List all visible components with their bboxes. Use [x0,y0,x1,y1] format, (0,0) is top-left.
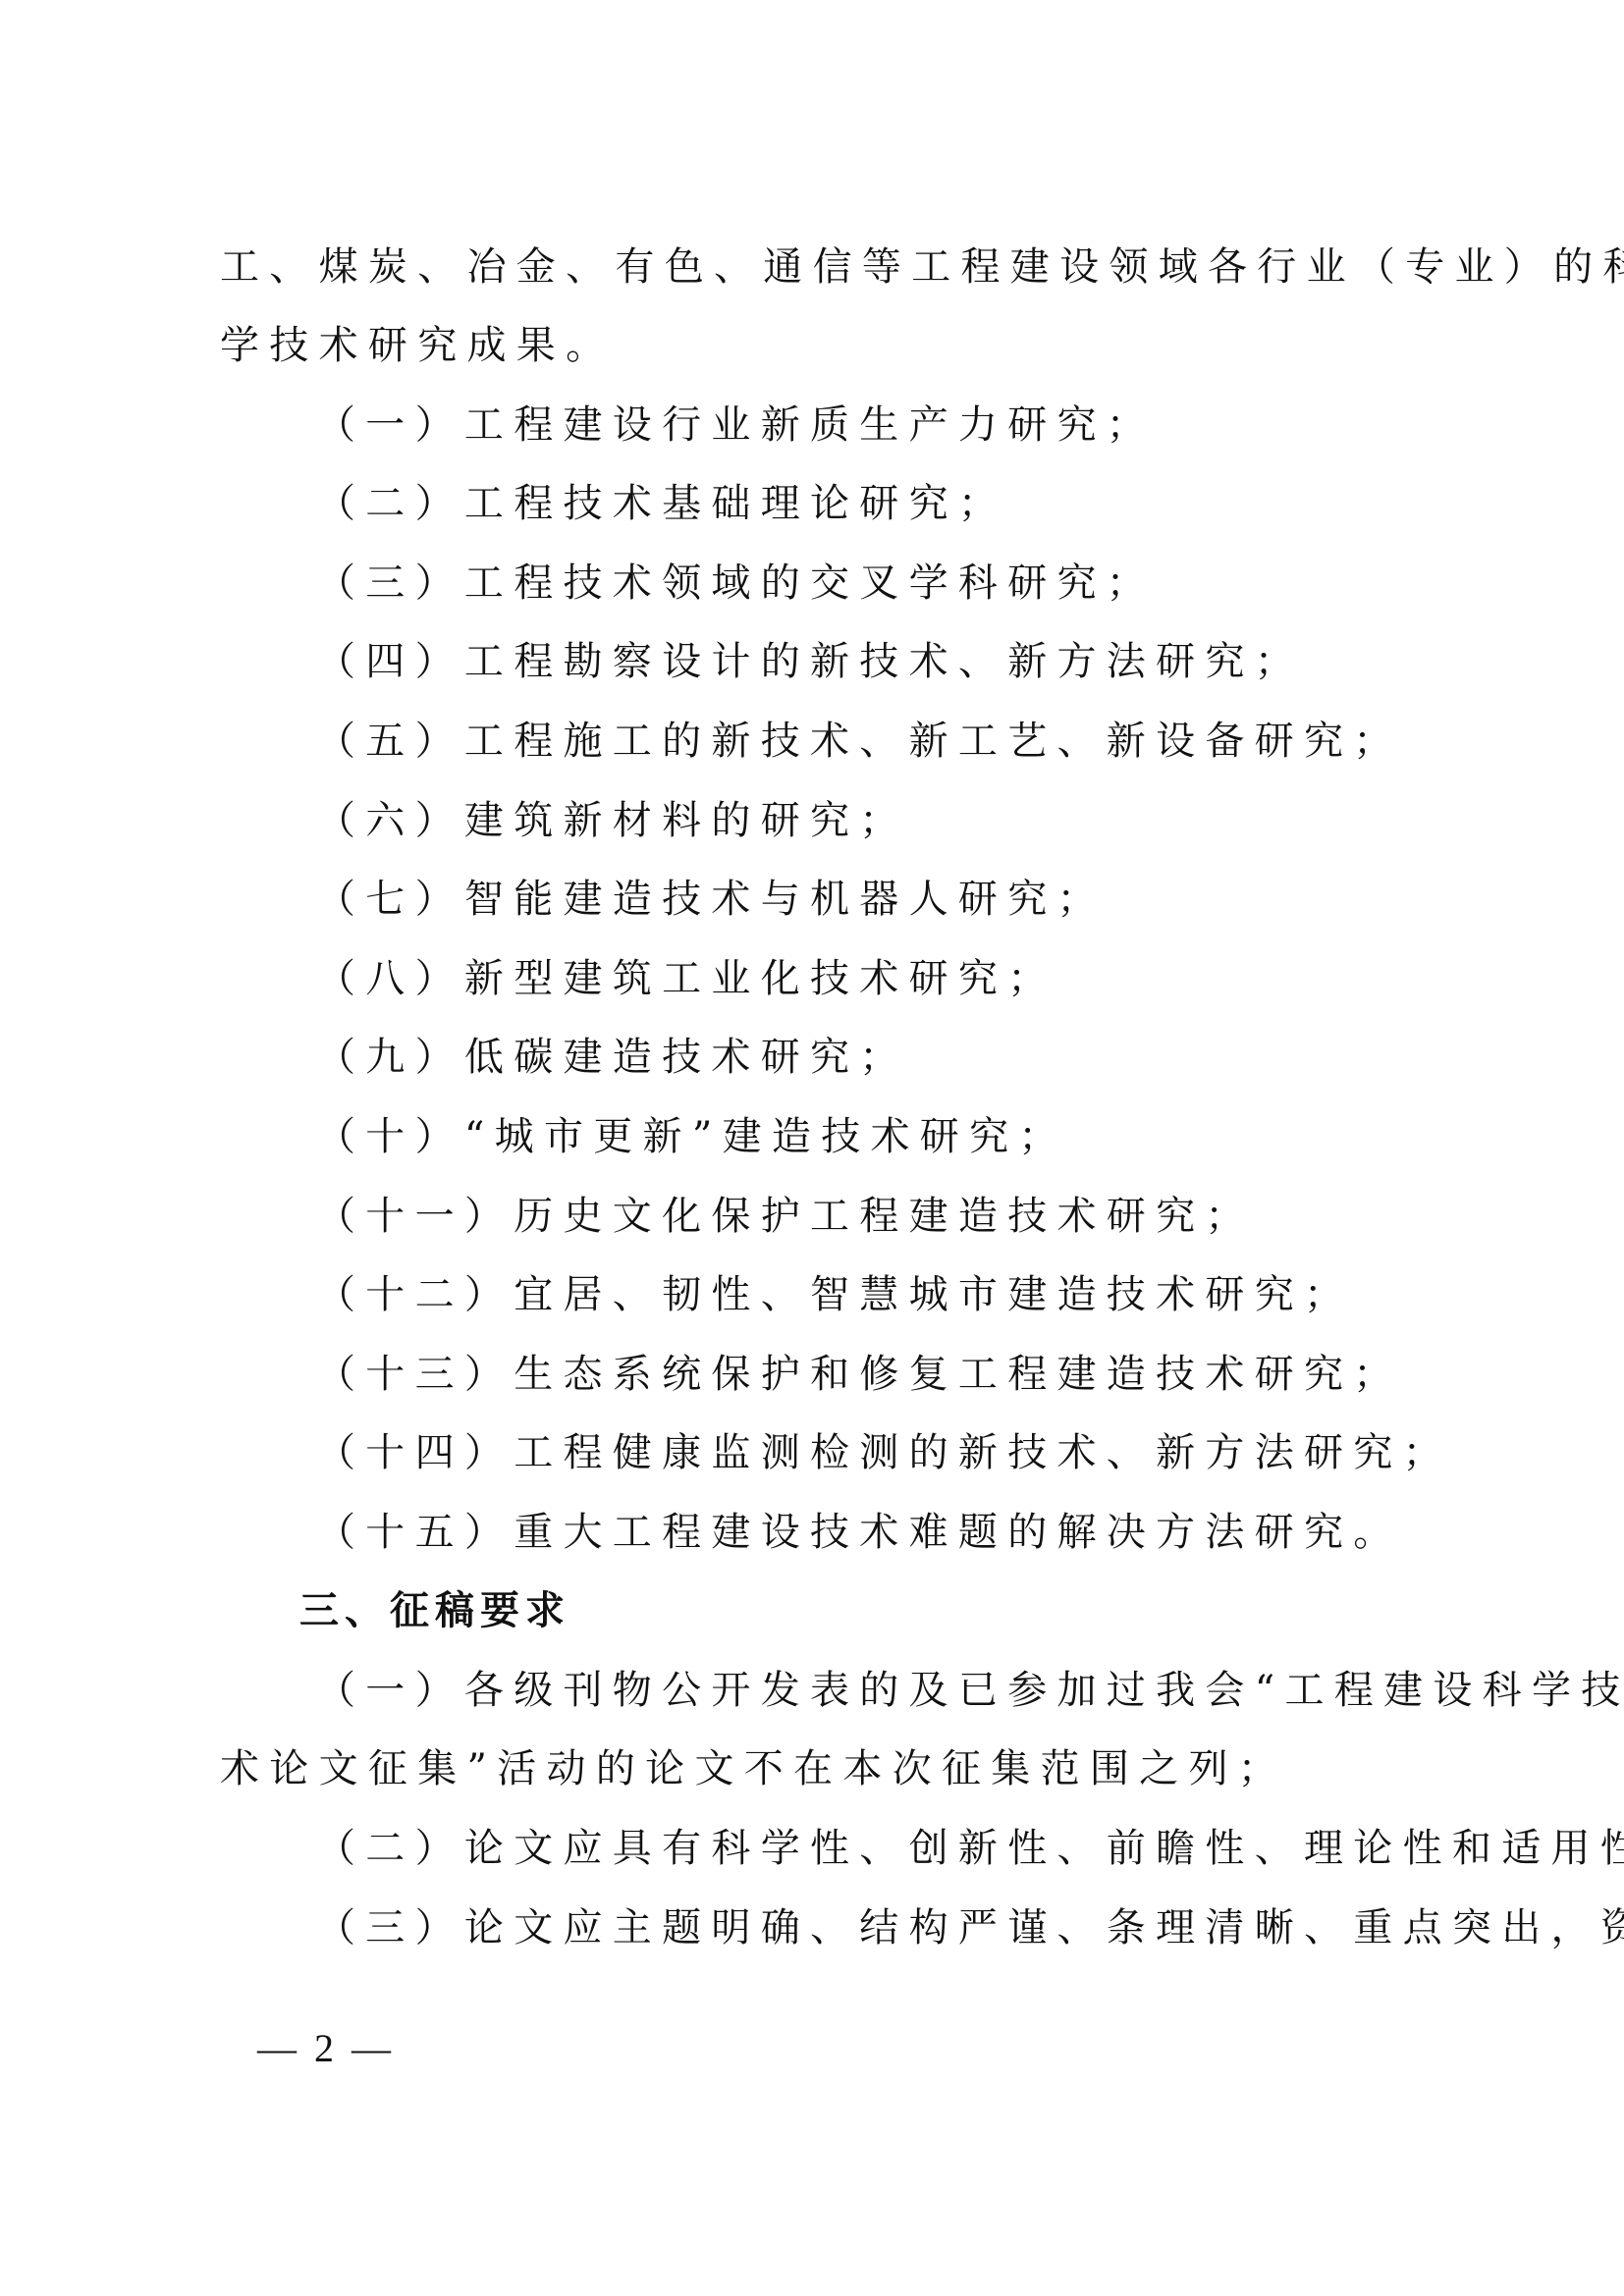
research-topic-11: （十一）历史文化保护工程建造技术研究； [316,1187,1255,1246]
research-topic-7: （七）智能建造技术与机器人研究； [316,870,1107,929]
research-topic-2: （二）工程技术基础理论研究； [316,474,1007,533]
intro-line-2: 学技术研究成果。 [220,316,615,375]
requirement-3-line-1: （三）论文应主题明确、结构严谨、条理清晰、重点突出，资 [316,1898,1624,1957]
research-topic-8: （八）新型建筑工业化技术研究； [316,949,1057,1008]
research-topic-6: （六）建筑新材料的研究； [316,791,909,850]
intro-line-1: 工、煤炭、冶金、有色、通信等工程建设领域各行业（专业）的科 [220,238,1624,296]
research-topic-3: （三）工程技术领域的交叉学科研究； [316,554,1156,613]
research-topic-5: （五）工程施工的新技术、新工艺、新设备研究； [316,712,1403,771]
requirement-1-line-2: 术论文征集”活动的论文不在本次征集范围之列； [220,1739,1287,1798]
research-topic-9: （九）低碳建造技术研究； [316,1028,909,1087]
research-topic-10: （十）“城市更新”建造技术研究； [316,1107,1068,1166]
section-heading: 三、征稿要求 [299,1581,570,1640]
research-topic-14: （十四）工程健康监测检测的新技术、新方法研究； [316,1423,1452,1482]
requirement-2: （二）论文应具有科学性、创新性、前瞻性、理论性和适用性； [316,1819,1624,1878]
research-topic-1: （一）工程建设行业新质生产力研究； [316,396,1156,454]
research-topic-4: （四）工程勘察设计的新技术、新方法研究； [316,632,1304,691]
research-topic-15: （十五）重大工程建设技术难题的解决方法研究。 [316,1503,1403,1562]
requirement-1-line-1: （一）各级刊物公开发表的及已参加过我会“工程建设科学技 [316,1661,1624,1720]
page-number: — 2 — [257,2025,395,2071]
research-topic-12: （十二）宜居、韧性、智慧城市建造技术研究； [316,1265,1353,1324]
research-topic-13: （十三）生态系统保护和修复工程建造技术研究； [316,1345,1403,1404]
